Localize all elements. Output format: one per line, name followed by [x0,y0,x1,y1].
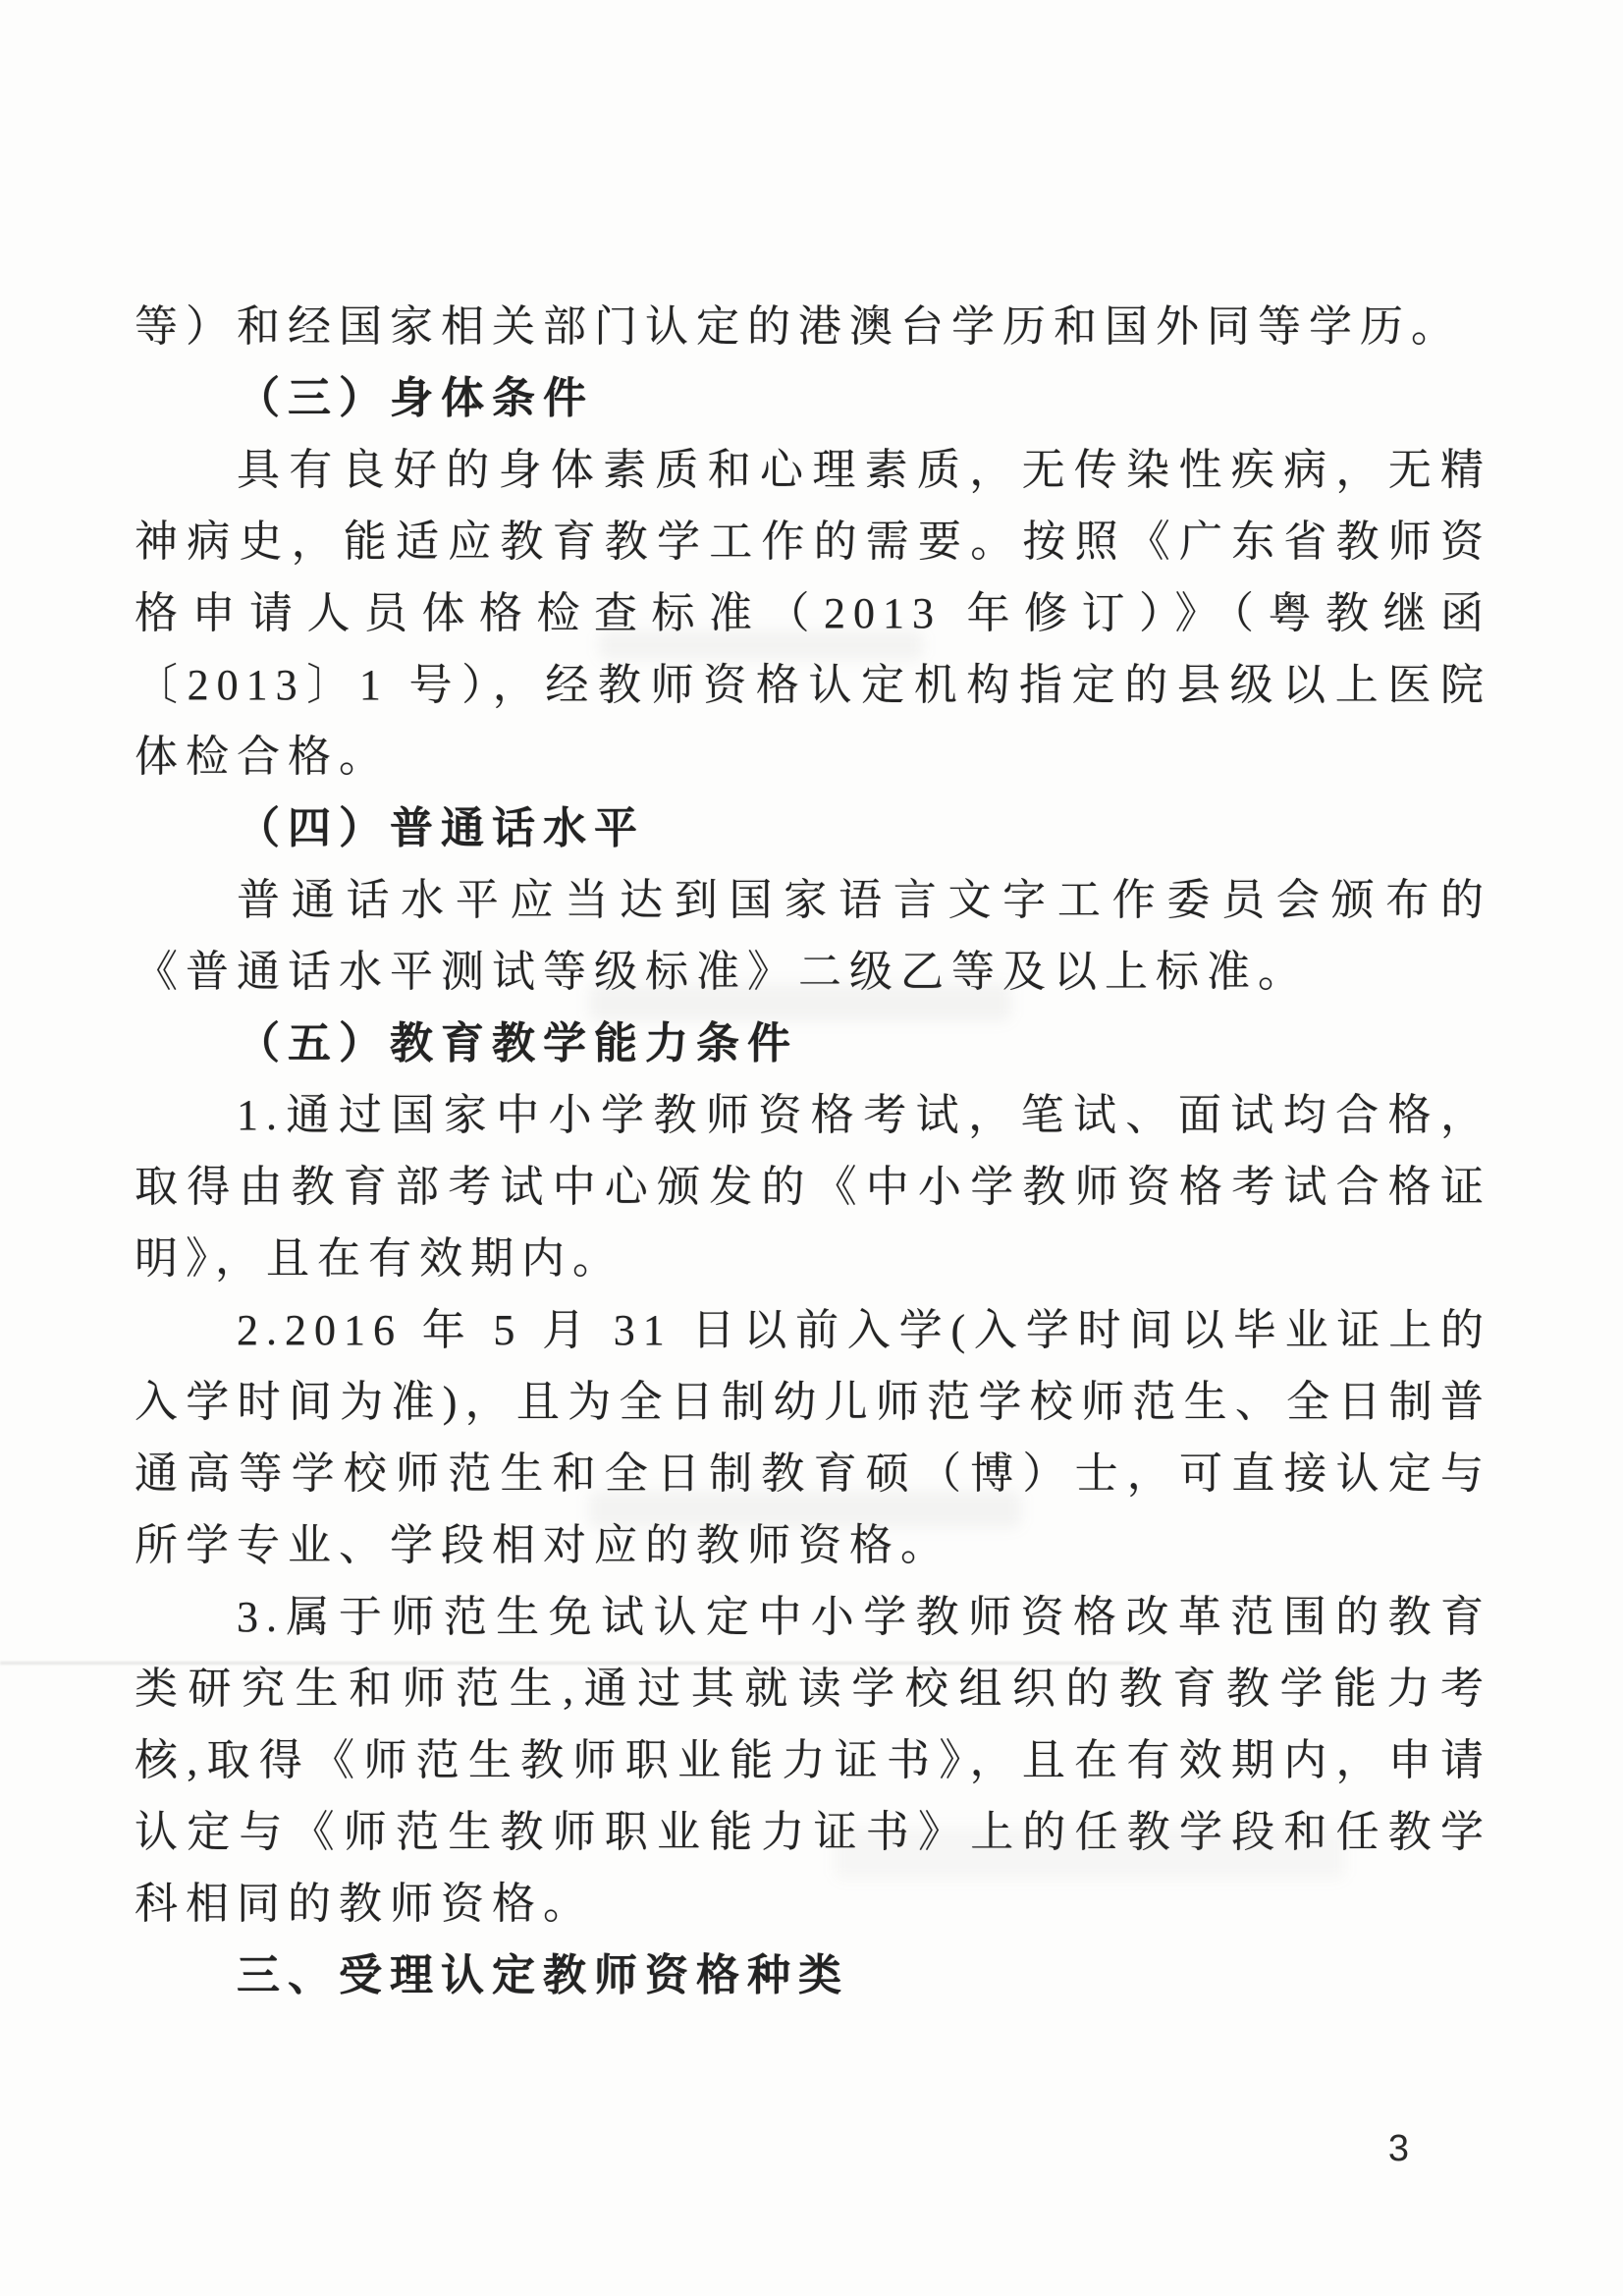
paragraph: 1.通过国家中小学教师资格考试，笔试、面试均合格，取得由教育部考试中心颁发的《中… [135,1079,1491,1294]
section-heading: （三）身体条件 [135,362,1491,434]
section-heading: （五）教育教学能力条件 [135,1008,1491,1079]
paragraph: 普通话水平应当达到国家语言文字工作委员会颁布的《普通话水平测试等级标准》二级乙等… [135,864,1491,1008]
paragraph: 等）和经国家相关部门认定的港澳台学历和国外同等学历。 [135,291,1491,362]
section-heading: （四）普通话水平 [135,793,1491,864]
document-body: 等）和经国家相关部门认定的港澳台学历和国外同等学历。（三）身体条件具有良好的身体… [135,291,1491,2011]
section-heading: 三、受理认定教师资格种类 [135,1940,1491,2011]
paragraph: 2.2016 年 5 月 31 日以前入学(入学时间以毕业证上的入学时间为准)，… [135,1294,1491,1581]
paragraph: 3.属于师范生免试认定中小学教师资格改革范围的教育类研究生和师范生,通过其就读学… [135,1581,1491,1940]
document-page: 等）和经国家相关部门认定的港澳台学历和国外同等学历。（三）身体条件具有良好的身体… [0,0,1623,2296]
paragraph: 具有良好的身体素质和心理素质，无传染性疾病，无精神病史，能适应教育教学工作的需要… [135,434,1491,793]
page-number: 3 [1388,2128,1409,2170]
